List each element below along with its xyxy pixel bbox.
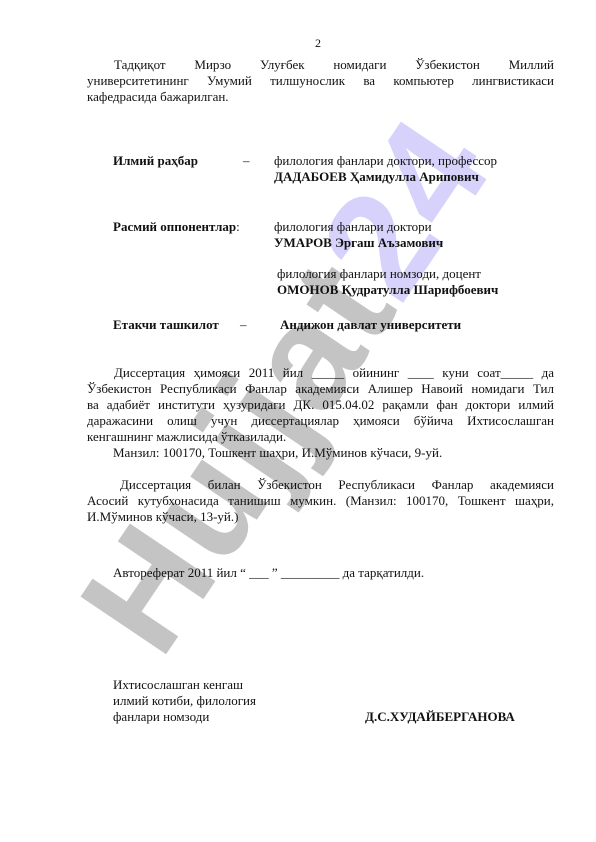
signature-line-1: Ихтисослашган кенгаш (113, 677, 256, 693)
defense-line-1: Диссертация ҳимояси 2011 йил _____ ойини… (87, 365, 554, 381)
supervisor-label: Илмий раҳбар (113, 153, 198, 169)
opponents-colon: : (236, 219, 240, 234)
intro-line-3: кафедрасида бажарилган. (87, 89, 554, 105)
intro-line-2: университетининг Умумий тилшунослик ва к… (87, 73, 554, 89)
library-paragraph: Диссертация билан Ўзбекистон Республикас… (87, 477, 554, 525)
opponent-2-name: ОМОНОВ Қудратулла Шарифбоевич (277, 282, 498, 298)
abstract-distributed-line: Автореферат 2011 йил “ ___ ” _________ д… (113, 565, 424, 581)
supervisor-dash: – (243, 153, 250, 169)
opponents-label-row: Расмий оппонентлар: (113, 219, 240, 235)
page-number: 2 (0, 36, 596, 51)
opponents-label: Расмий оппонентлар (113, 219, 236, 234)
defense-paragraph: Диссертация ҳимояси 2011 йил _____ ойини… (87, 365, 554, 445)
supervisor-title: филология фанлари доктори, профессор (274, 153, 497, 169)
leading-org-name: Андижон давлат университети (280, 317, 461, 333)
document-page: 2 Тадқиқот Мирзо Улуғбек номидаги Ўзбеки… (0, 0, 596, 842)
signature-name: Д.С.ХУДАЙБЕРГАНОВА (365, 709, 515, 725)
opponent-1-title: филология фанлари доктори (274, 219, 432, 235)
leading-org-label: Етакчи ташкилот (113, 317, 219, 333)
supervisor-name: ДАДАБОЕВ Ҳамидулла Арипович (274, 169, 479, 185)
library-line-2: Асосий кутубхонасида танишиш мумкин. (Ма… (87, 493, 554, 509)
library-line-3: И.Мўминов кўчаси, 13-уй.) (87, 509, 554, 525)
signature-line-2: илмий котиби, филология (113, 693, 256, 709)
defense-address: Манзил: 100170, Тошкент шаҳри, И.Мўминов… (113, 445, 442, 461)
library-line-1: Диссертация билан Ўзбекистон Республикас… (87, 477, 554, 493)
intro-paragraph: Тадқиқот Мирзо Улуғбек номидаги Ўзбекист… (87, 57, 554, 105)
signature-block: Ихтисослашган кенгаш илмий котиби, филол… (113, 677, 256, 725)
defense-line-5: кенгашнинг мажлисида ўтказилади. (87, 429, 554, 445)
defense-line-2: Ўзбекистон Республикаси Фанлар академияс… (87, 381, 554, 397)
defense-line-4: даражасини олиш учун диссертациялар ҳимо… (87, 413, 554, 429)
opponent-1-name: УМАРОВ Эргаш Аъзамович (274, 235, 443, 251)
defense-line-3: ва адабиёт институти ҳузуридаги ДК. 015.… (87, 397, 554, 413)
leading-org-dash: – (240, 317, 247, 333)
intro-line-1: Тадқиқот Мирзо Улуғбек номидаги Ўзбекист… (87, 57, 554, 73)
signature-line-3: фанлари номзоди (113, 709, 256, 725)
opponent-2-title: филология фанлари номзоди, доцент (277, 266, 481, 282)
